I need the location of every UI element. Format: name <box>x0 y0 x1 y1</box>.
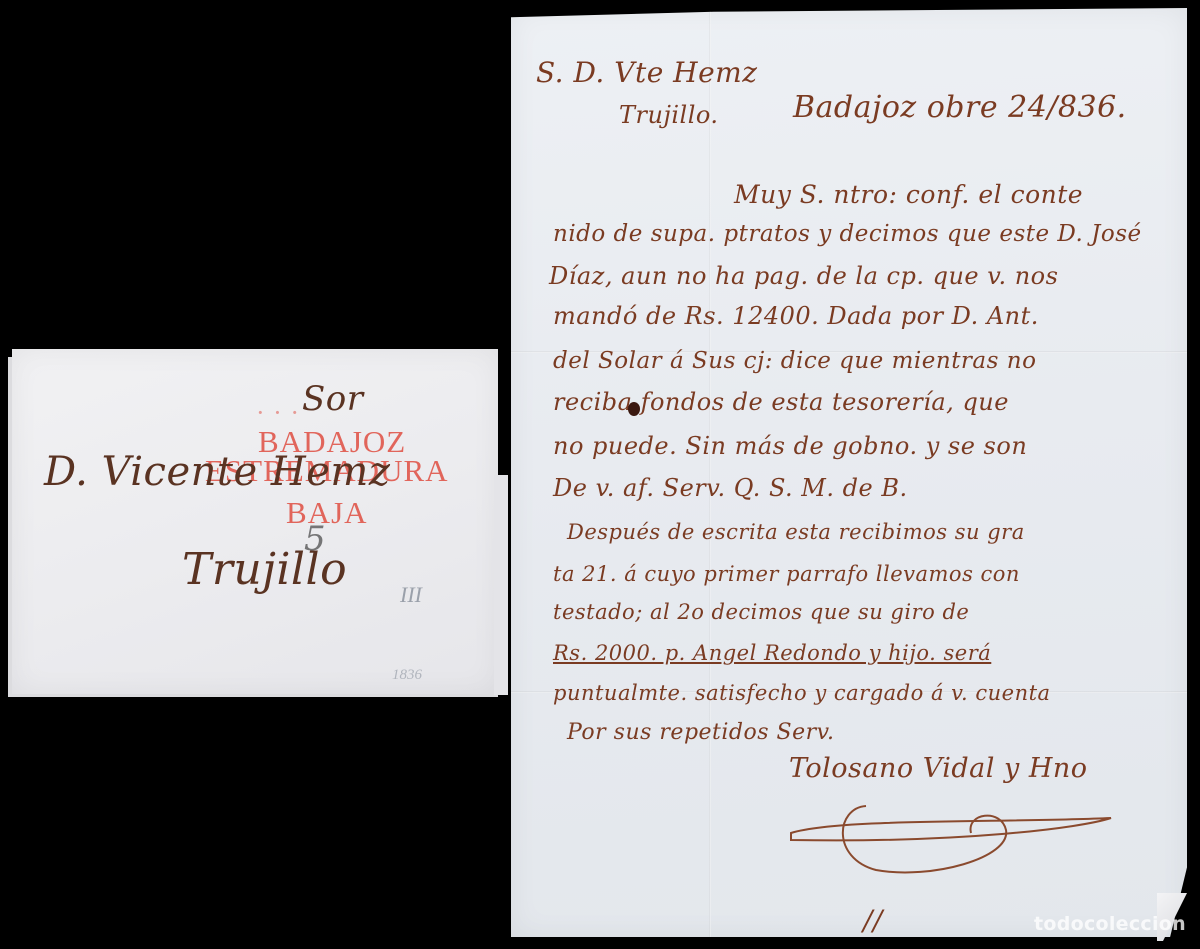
body-line-9: Después de escrita esta recibimos su gra <box>567 520 1025 544</box>
body-line-8: De v. af. Serv. Q. S. M. de B. <box>553 474 908 502</box>
letter-header-city: Trujillo. <box>619 101 719 129</box>
body-line-14: Por sus repetidos Serv. <box>567 720 834 745</box>
letter-sheet: S. D. Vte Hemz Trujillo. Badajoz obre 24… <box>511 8 1187 937</box>
letter-vertical-fold <box>709 8 711 937</box>
body-line-11: testado; al 2o decimos que su giro de <box>553 600 969 624</box>
letter-signature: Tolosano Vidal y Hno <box>789 753 1088 784</box>
cover-salutation: Sor <box>302 379 364 419</box>
cover-addressee: D. Vicente Hemz <box>44 449 390 495</box>
body-line-4: mandó de Rs. 12400. Dada por D. Ant. <box>553 302 1039 330</box>
body-line-3: Díaz, aun no ha pag. de la cp. que v. no… <box>549 262 1058 290</box>
body-line-7: no puede. Sin más de gobno. y se son <box>553 432 1027 460</box>
letter-cover: · · · BADAJOZ ESTREMADURA BAJA Sor D. Vi… <box>12 349 498 694</box>
letter-footer-mark: // <box>863 904 883 937</box>
body-line-1: Muy S. ntro: conf. el conte <box>734 180 1083 209</box>
cover-edge-fold <box>494 475 508 695</box>
body-line-12: Rs. 2000. p. Angel Redondo y hijo. será <box>553 641 991 665</box>
ink-blot <box>628 402 640 416</box>
body-line-10: ta 21. á cuyo primer parrafo llevamos co… <box>553 562 1020 586</box>
cover-pencil-mark: III <box>400 582 422 608</box>
letter-header-addressee: S. D. Vte Hemz <box>536 56 757 89</box>
signature-flourish-icon <box>781 798 1121 888</box>
cover-underfold <box>8 357 498 697</box>
body-line-13: puntualmte. satisfecho y cargado á v. cu… <box>553 681 1051 705</box>
body-line-2: nido de supa. ptratos y decimos que este… <box>553 221 1142 247</box>
watermark-text: todocoleccion <box>1034 913 1186 935</box>
cover-pencil-year: 1836 <box>392 667 422 684</box>
body-line-6: reciba fondos de esta tesorería, que <box>553 388 1009 416</box>
cover-rate-mark: 5 <box>304 519 326 559</box>
letter-place-date: Badajoz obre 24/836. <box>793 90 1127 125</box>
body-line-5: del Solar á Sus cj: dice que mientras no <box>553 348 1036 374</box>
postmark-line-3: BAJA <box>286 495 368 531</box>
